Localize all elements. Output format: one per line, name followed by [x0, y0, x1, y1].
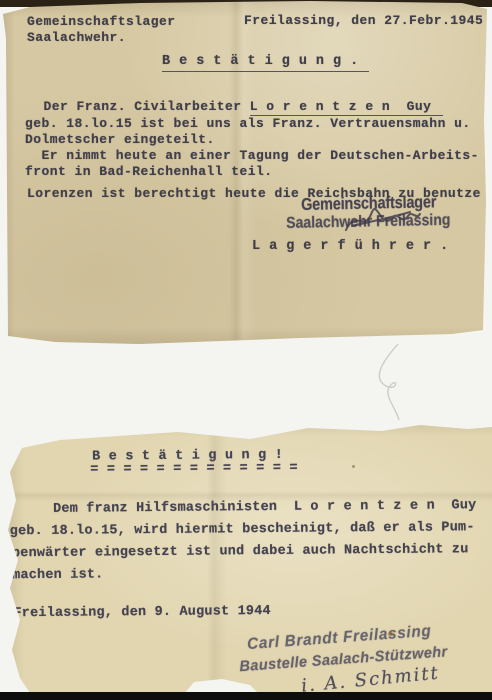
document-1: Gemeinschaftslager Saalachwehr. Freilass… — [0, 0, 492, 348]
doc2-title-rule: = = = = = = = = = = = = = — [90, 462, 298, 478]
doc1-org-line2: Saalachwehr. — [27, 31, 126, 45]
doc1-body-line1: Der Franz. Civilarbeiter L o r e n t z e… — [27, 100, 443, 114]
doc1-signature-role: L a g e r f ü h r e r . — [252, 240, 449, 254]
document-2: B e s t ä t i g u n g ! = = = = = = = = … — [0, 420, 492, 693]
scan-edge-bottom — [0, 692, 492, 700]
doc2-body-line4: machen ist. — [12, 568, 103, 583]
doc1-person-name: L o r e n t z e n Guy — [250, 99, 444, 116]
doc1-body-line5: front in Bad-Reichenhall teil. — [25, 165, 273, 179]
doc1-title: B e s t ä t i g u n g . — [162, 55, 369, 72]
doc1-org-line1: Gemeinschaftslager — [27, 15, 176, 29]
doc2-body-line1: Dem franz Hilfsmaschinisten L o r e n t … — [12, 499, 477, 517]
doc2-body-line2: geb. 18.lo.15, wird hiermit bescheinigt,… — [10, 521, 475, 539]
document-scan: Gemeinschaftslager Saalachwehr. Freilass… — [0, 0, 492, 700]
signature-scribble — [338, 198, 424, 240]
doc2-body-line3: penwärter eingesetzt ist und dabei auch … — [12, 543, 469, 561]
doc2-content: B e s t ä t i g u n g ! = = = = = = = = … — [0, 416, 492, 693]
paper-speck — [352, 465, 355, 468]
doc1-date: Freilassing, den 27.Febr.1945 — [244, 14, 483, 28]
doc1-body-line3: Dolmetscher eingeteilt. — [25, 133, 215, 147]
loose-thread — [368, 340, 428, 424]
doc1-body-line4: Er nimmt heute an einer Tagung der Deuts… — [25, 149, 479, 163]
doc1-body-line1-prefix: Der Franz. Civilarbeiter — [27, 99, 250, 114]
doc2-date: Freilassing, den 9. August 1944 — [13, 605, 270, 621]
paper-speck — [388, 632, 393, 636]
doc1-body-line2: geb. 18.lo.15 ist bei uns als Franz. Ver… — [25, 117, 471, 131]
